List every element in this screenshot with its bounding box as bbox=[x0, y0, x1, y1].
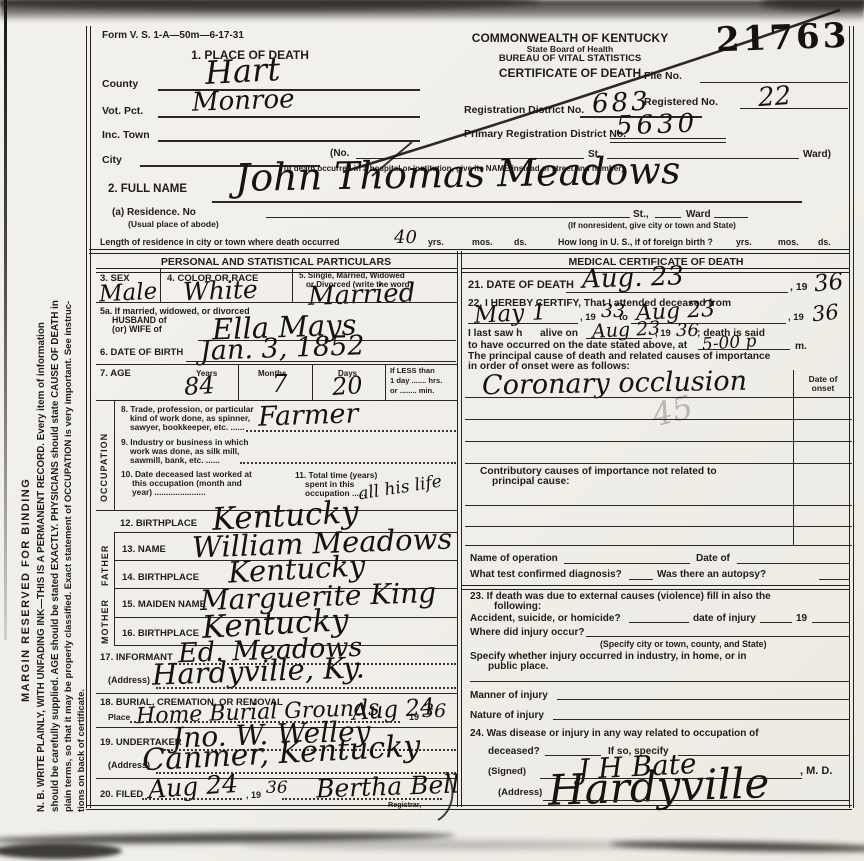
burial-year-value: 36 bbox=[422, 700, 446, 722]
marital-value: Married bbox=[308, 278, 416, 312]
border-right bbox=[849, 26, 854, 808]
birthplace-label: 12. BIRTHPLACE bbox=[120, 518, 197, 529]
age-col-divider-3 bbox=[385, 364, 386, 400]
margin-binding-note: MARGIN RESERVED FOR BINDING bbox=[20, 478, 32, 702]
age-table-top-rule bbox=[96, 364, 457, 365]
howlong-ds-label: ds. bbox=[818, 237, 831, 247]
informant-address-label: (Address) bbox=[108, 675, 150, 685]
residence-ward-label: Ward bbox=[686, 209, 711, 220]
signed-label: (Signed) bbox=[488, 766, 526, 777]
length-mos-label: mos. bbox=[472, 237, 493, 247]
inc-town-line bbox=[158, 140, 420, 142]
lastsaw-year-prefix: , 19 bbox=[655, 328, 671, 339]
margin-nb-line3: plain terms, so that it may be properly … bbox=[63, 301, 74, 812]
deceased-label: deceased? bbox=[488, 746, 540, 757]
informant-address-value: Hardyville, Ky. bbox=[151, 650, 365, 691]
accident-label: Accident, suicide, or homicide? bbox=[470, 613, 621, 624]
test-label: What test confirmed diagnosis? bbox=[470, 569, 622, 580]
age-less-line3: or ........ min. bbox=[390, 386, 434, 395]
full-name-line bbox=[212, 201, 802, 203]
date-of-death-year-prefix: , 19 bbox=[790, 281, 808, 293]
test-line bbox=[629, 579, 653, 580]
date-of-death-line bbox=[566, 292, 788, 293]
informant-bottom-rule bbox=[96, 693, 457, 694]
residence-st-line bbox=[655, 217, 681, 218]
occurred-line: to have occurred on the date stated abov… bbox=[468, 340, 687, 351]
attended-to-year-value: 36 bbox=[811, 300, 840, 327]
where-injury-line bbox=[586, 636, 849, 637]
length-yrs-label: yrs. bbox=[428, 237, 444, 247]
industry-leader bbox=[240, 462, 456, 464]
contributory-line-2 bbox=[465, 526, 852, 527]
length-ds-label: ds. bbox=[514, 237, 527, 247]
lastsaw-label-1: I last saw h bbox=[468, 328, 522, 339]
full-name-value: John Thomas Meadows bbox=[235, 148, 681, 200]
registration-district-label: Registration District No. bbox=[464, 104, 584, 116]
residence-ward-line bbox=[714, 217, 748, 218]
nature-of-injury-line bbox=[553, 719, 849, 720]
date-of-death-label: 21. DATE OF DEATH bbox=[468, 279, 574, 291]
father-name-label: 13. NAME bbox=[122, 544, 166, 555]
pencil-mark: 45 bbox=[648, 388, 697, 435]
attended-from-line bbox=[468, 323, 578, 324]
manner-of-injury-line bbox=[557, 699, 849, 700]
howlong-us-label: How long in U. S., if of foreign birth ? bbox=[558, 237, 713, 247]
city-label: City bbox=[102, 154, 122, 166]
primary-district-line bbox=[610, 138, 726, 143]
full-name-label: 2. FULL NAME bbox=[108, 183, 187, 195]
manner-of-injury-label: Manner of injury bbox=[470, 690, 548, 701]
md-label: , M. D. bbox=[800, 765, 832, 777]
operation-date-label: Date of bbox=[696, 553, 730, 564]
industry-label-line3: sawmill, bank, etc. ...... bbox=[130, 455, 220, 465]
border-left bbox=[86, 26, 91, 808]
stamp-number: 21763 bbox=[715, 16, 850, 61]
residence-label: (a) Residence. No bbox=[112, 207, 196, 218]
filed-year-value: 36 bbox=[266, 778, 288, 798]
margin-nb-line2: should be carefully supplied. AGE should… bbox=[50, 300, 61, 812]
inc-town-label: Inc. Town bbox=[102, 129, 150, 141]
accident-line bbox=[629, 622, 689, 623]
date-of-death-value: Aug. 23 bbox=[582, 261, 685, 295]
burial-year-prefix: 19 bbox=[409, 712, 419, 722]
commonwealth-title: COMMONWEALTH OF KENTUCKY bbox=[420, 31, 720, 45]
personal-title: PERSONAL AND STATISTICAL PARTICULARS bbox=[96, 256, 456, 268]
registered-no-label: Registered No. bbox=[644, 96, 718, 108]
primary-district-value: 5630 bbox=[616, 109, 699, 142]
age-months-value: 7 bbox=[272, 370, 287, 398]
primary-district-label: Primary Registration District No. bbox=[464, 128, 626, 140]
lastworked-label-line3: year) ...................... bbox=[132, 487, 206, 497]
length-residence-label: Length of residence in city or town wher… bbox=[100, 237, 340, 247]
ifso-line bbox=[678, 755, 849, 756]
cause-line-1 bbox=[465, 397, 852, 398]
age-less-line2: 1 day ....... hrs. bbox=[390, 376, 442, 385]
scan-corner-bottom-left bbox=[0, 843, 122, 859]
occupation-side-label: OCCUPATION bbox=[99, 433, 109, 502]
border-center-divider bbox=[457, 251, 462, 807]
operation-date-line bbox=[737, 563, 849, 564]
vot-pct-label: Vot. Pct. bbox=[102, 105, 143, 117]
injury-date-label: date of injury bbox=[693, 613, 756, 624]
race-marital-divider bbox=[292, 269, 293, 302]
filed-leader-1 bbox=[142, 798, 242, 800]
external-causes-line2: following: bbox=[494, 601, 541, 612]
dob-label: 6. DATE OF BIRTH bbox=[100, 347, 183, 358]
scan-bottom-smudge-mid bbox=[240, 842, 660, 848]
mother-side-label: MOTHER bbox=[100, 599, 110, 644]
file-no-label: File No. bbox=[644, 70, 682, 82]
informant-address-leader bbox=[156, 687, 456, 689]
death-certificate-scan: MARGIN RESERVED FOR BINDING N. B. WRITE … bbox=[0, 0, 864, 861]
contributory-label-line2: principal cause: bbox=[492, 476, 570, 487]
lastsaw-line bbox=[586, 338, 652, 339]
row345-bottom-rule bbox=[96, 302, 457, 303]
time-of-death-line bbox=[698, 349, 790, 350]
father-birthplace-label: 14. BIRTHPLACE bbox=[122, 572, 199, 583]
form-number: Form V. S. 1-A—50m—6-17-31 bbox=[102, 30, 244, 41]
howlong-yrs-label: yrs. bbox=[736, 237, 752, 247]
nature-of-injury-label: Nature of injury bbox=[470, 710, 544, 721]
mother-name-label: 15. MAIDEN NAME bbox=[122, 599, 206, 610]
filed-label: 20. FILED bbox=[100, 789, 143, 800]
vot-pct-value: Monroe bbox=[192, 84, 295, 118]
trade-value: Farmer bbox=[257, 398, 358, 432]
address-ward-label: Ward) bbox=[803, 149, 831, 160]
attended-from-value: May 1 bbox=[473, 299, 546, 329]
attended-to-year-prefix: , 19 bbox=[788, 312, 804, 323]
cause-of-death-value: Coronary occlusion bbox=[482, 366, 747, 402]
county-label: County bbox=[102, 78, 138, 90]
occupation-related-line1: 24. Was disease or injury in any way rel… bbox=[470, 728, 759, 739]
dob-line bbox=[186, 361, 456, 362]
cause-line-3 bbox=[465, 441, 852, 442]
injury-year-line bbox=[812, 622, 849, 623]
howlong-mos-label: mos. bbox=[778, 237, 799, 247]
age-days-value: 20 bbox=[331, 371, 363, 401]
trade-leader bbox=[246, 430, 456, 432]
operation-line bbox=[564, 563, 690, 564]
specify-blank-line bbox=[470, 681, 849, 682]
registrar-label: Registrar, bbox=[388, 800, 421, 809]
margin-nb-line1: N. B. WRITE PLAINLY, WITH UNFADING INK—T… bbox=[36, 322, 47, 812]
contributory-line-1 bbox=[465, 505, 852, 506]
autopsy-label: Was there an autopsy? bbox=[657, 569, 766, 580]
sex-value: Male bbox=[98, 278, 158, 307]
operation-label: Name of operation bbox=[470, 553, 558, 564]
injury-year-label: 19 bbox=[796, 613, 807, 624]
test-bottom-rule bbox=[461, 585, 849, 590]
abode-note: (Usual place of abode) bbox=[128, 219, 219, 229]
lastsaw-year-value: 36 bbox=[676, 320, 699, 341]
trade-label-line3: sawyer, bookkeeper, etc. ...... bbox=[130, 422, 245, 432]
onset-header-line2: onset bbox=[795, 383, 851, 393]
injury-date-line bbox=[760, 622, 792, 623]
contributory-line-3 bbox=[465, 545, 852, 546]
father-side-label: FATHER bbox=[100, 545, 110, 586]
occupation-side-rule bbox=[114, 400, 115, 510]
specify-where-line2: public place. bbox=[488, 661, 549, 672]
autopsy-line bbox=[819, 579, 849, 580]
burial-place-label: Place bbox=[108, 712, 130, 722]
bureau-subtitle: BUREAU OF VITAL STATISTICS bbox=[420, 53, 720, 64]
age-col-divider-2 bbox=[312, 364, 313, 400]
residence-line bbox=[266, 217, 630, 218]
cause-line-2 bbox=[465, 419, 852, 420]
specify-city-note: (Specify city or town, county, and State… bbox=[600, 639, 767, 649]
date-of-death-year-value: 36 bbox=[813, 269, 845, 298]
nonresident-note: (If nonresident, give city or town and S… bbox=[568, 221, 736, 230]
registered-no-line bbox=[740, 108, 848, 109]
age-col-divider-1 bbox=[238, 364, 239, 400]
where-injury-label: Where did injury occur? bbox=[470, 627, 584, 638]
scan-left-edge bbox=[4, 0, 7, 640]
rule-header-bottom bbox=[89, 249, 849, 254]
length-residence-value: 40 bbox=[394, 227, 417, 248]
vot-pct-line bbox=[158, 116, 420, 118]
physician-address-label: (Address) bbox=[498, 787, 542, 798]
cause-line-4 bbox=[465, 463, 852, 464]
spouse-label-line3: (or) WIFE of bbox=[112, 324, 162, 334]
sex-race-divider bbox=[160, 269, 161, 302]
physician-address-value: Hardyville bbox=[547, 758, 770, 815]
age-years-value: 84 bbox=[183, 371, 215, 401]
age-label: 7. AGE bbox=[100, 368, 131, 379]
time-m-label: m. bbox=[795, 341, 807, 352]
scan-bottom-smudge-right bbox=[610, 840, 864, 854]
physician-address-line bbox=[543, 800, 849, 801]
filed-year-prefix: , 19 bbox=[246, 790, 261, 800]
lastsaw-label-2: alive on bbox=[540, 328, 578, 339]
residence-st-label: St., bbox=[633, 209, 649, 220]
age-less-line1: If LESS than bbox=[390, 366, 435, 375]
